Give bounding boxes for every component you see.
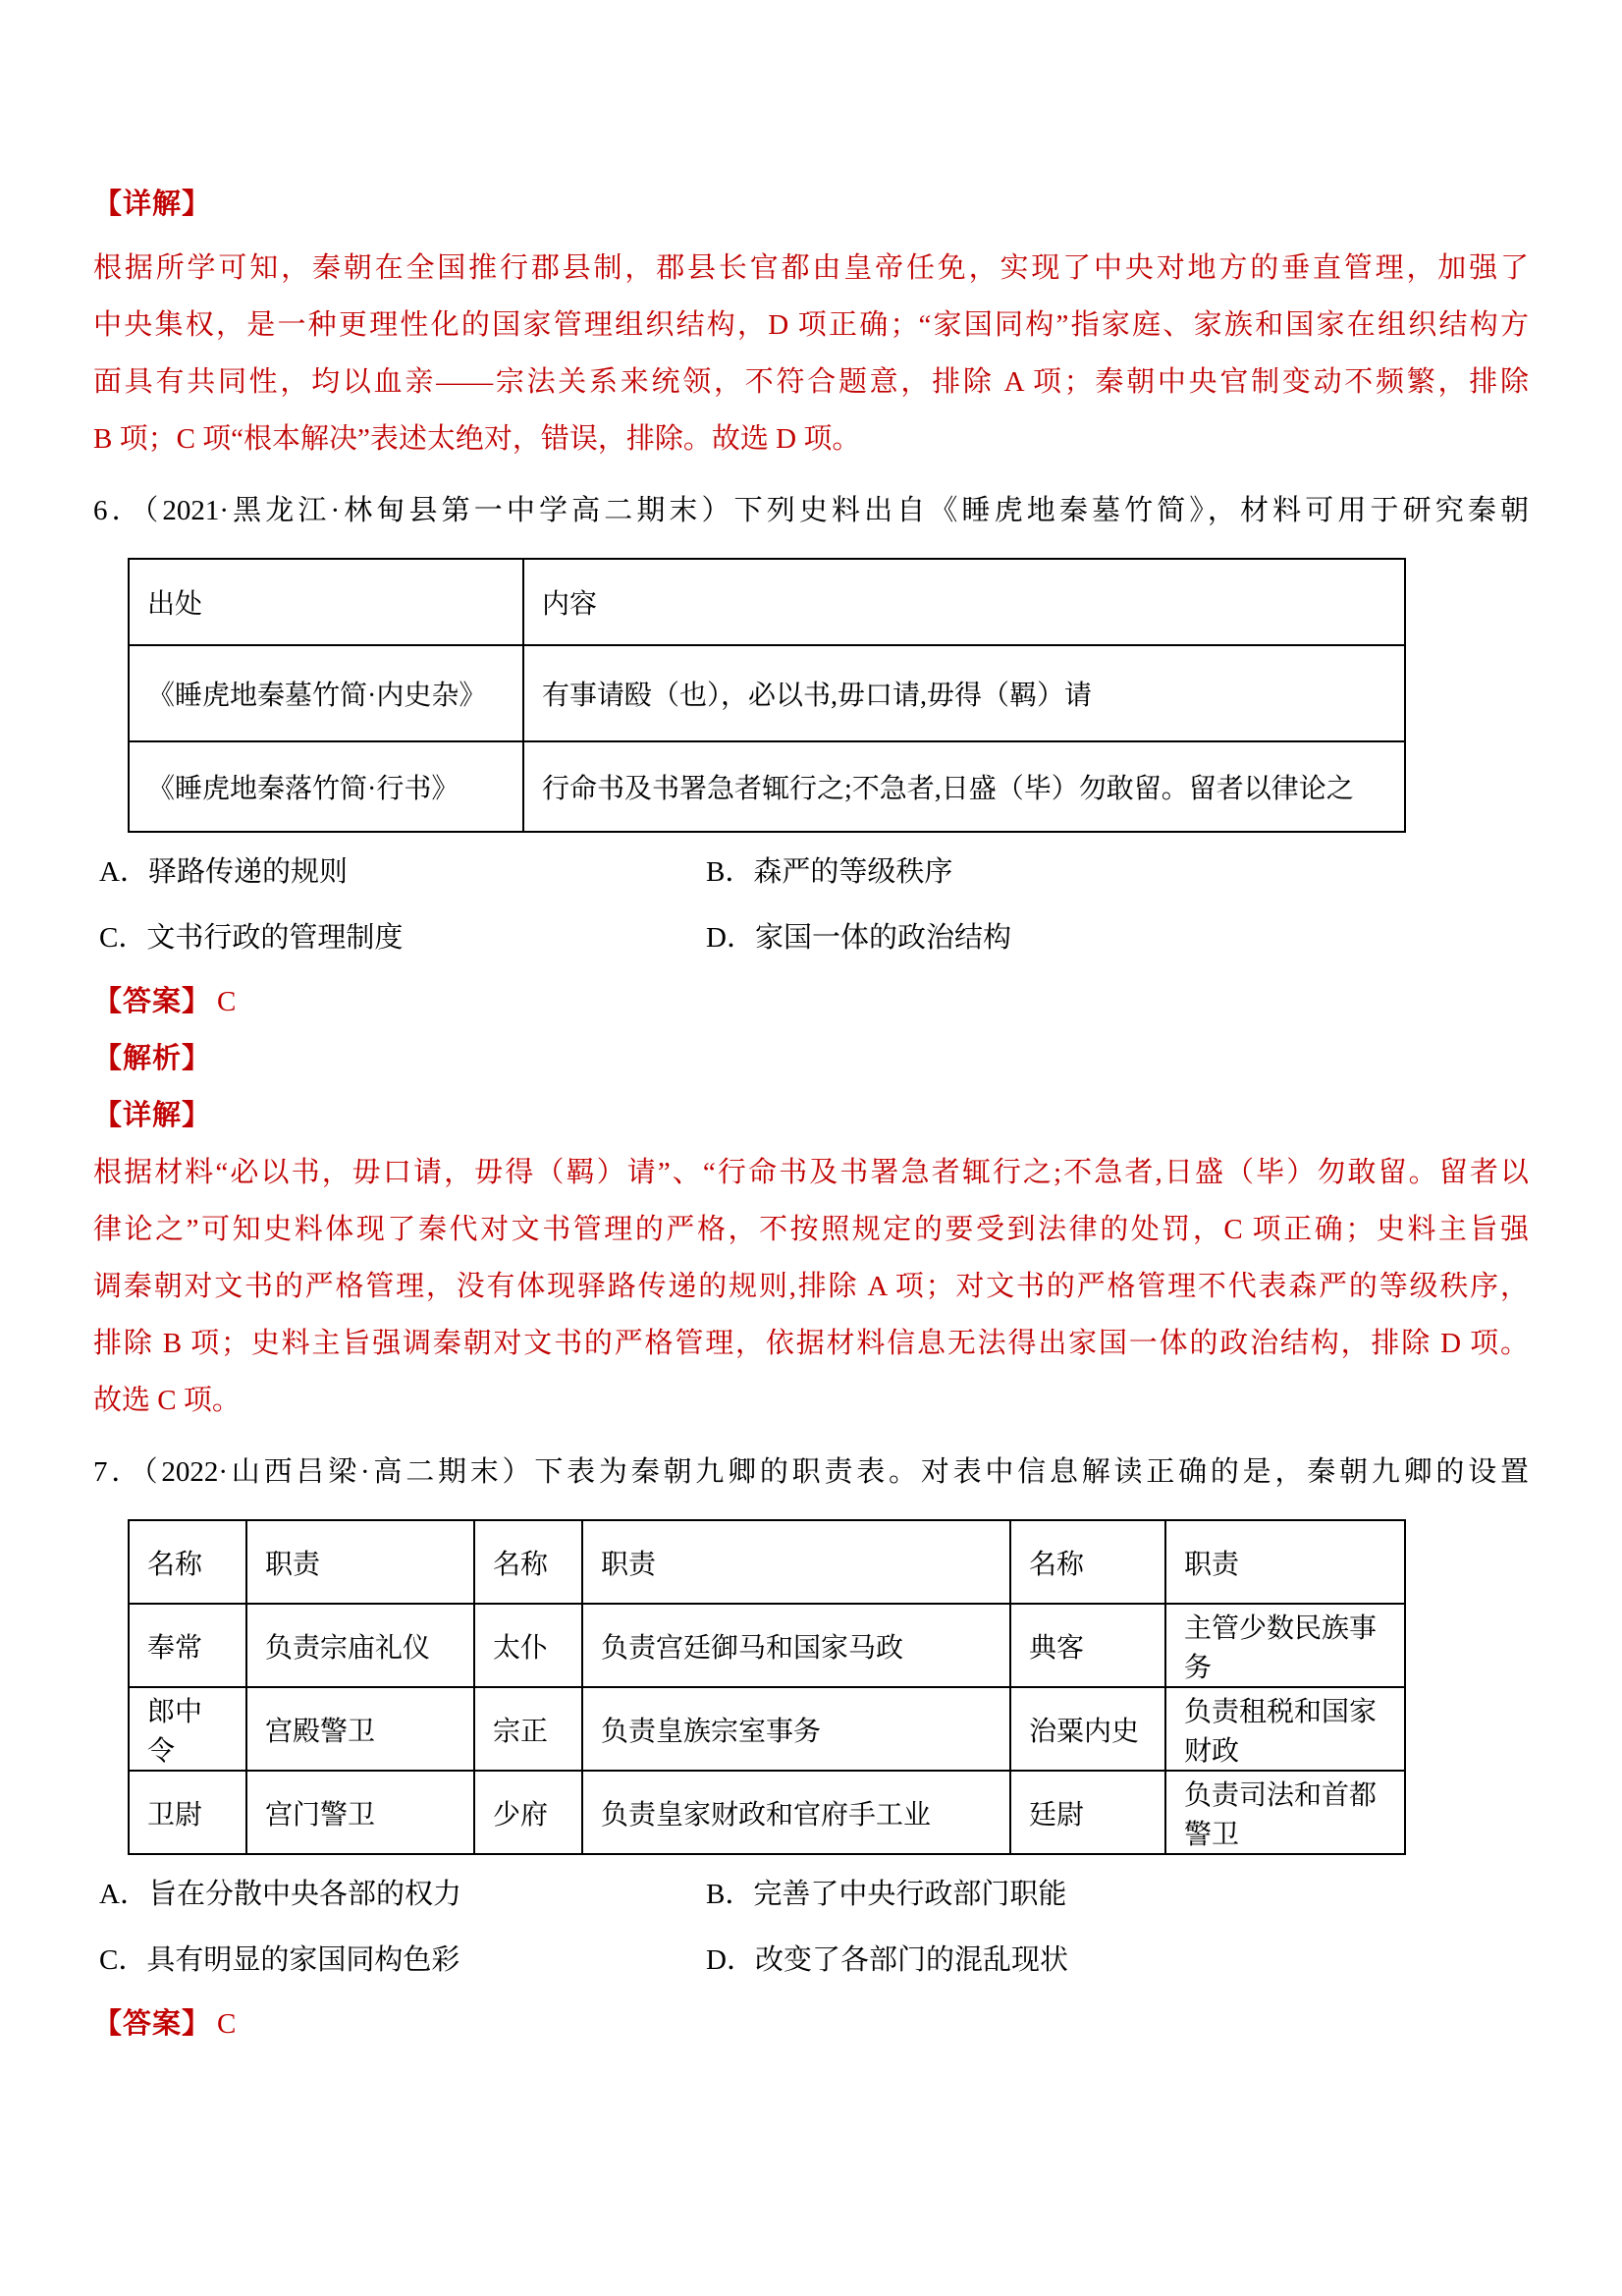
table-row: 《睡虎地秦落竹简·行书》 行命书及书署急者辄行之;不急者,日盛（毕）勿敢留。留者… [129,741,1405,832]
table-cell: 宫门警卫 [246,1771,474,1854]
q5-explanation-paragraph: 根据所学可知，秦朝在全国推行郡县制，郡县长官都由皇帝任免，实现了中央对地方的垂直… [93,240,1529,467]
table-cell: 负责司法和首都警卫 [1165,1771,1405,1854]
table-header-cell: 内容 [523,559,1405,645]
table-cell: 负责宗庙礼仪 [246,1604,474,1687]
option-b: B．完善了中央行政部门职能 [706,1875,1529,1914]
table-cell: 少府 [474,1771,582,1854]
question6-analysis-label: 【解析】 [93,1030,1529,1087]
table-cell: 有事请殹（也），必以书,毋口请,毋得（羁）请 [523,645,1405,741]
table-cell: 行命书及书署急者辄行之;不急者,日盛（毕）勿敢留。留者以律论之 [523,741,1405,832]
table-cell: 治粟内史 [1010,1687,1165,1771]
question6-detail-label: 【详解】 [93,1087,1529,1144]
table-header-cell: 职责 [1165,1520,1405,1604]
question6-stem: 6．（2021·黑龙江·林甸县第一中学高二期末）下列史料出自《睡虎地秦墓竹简》，… [93,489,1529,532]
question7-options: A．旨在分散中央各部的权力 B．完善了中央行政部门职能 C．具有明显的家国同构色… [99,1875,1529,1980]
table-cell: 宗正 [474,1687,582,1771]
table-cell: 卫尉 [129,1771,246,1854]
table-cell: 负责宫廷御马和国家马政 [582,1604,1010,1687]
option-a: A．旨在分散中央各部的权力 [99,1875,706,1914]
option-c: C．具有明显的家国同构色彩 [99,1941,706,1980]
table-cell: 《睡虎地秦墓竹简·内史杂》 [129,645,523,741]
question7-answer-line: 【答案】C [93,1995,1529,2052]
table-cell: 太仆 [474,1604,582,1687]
table-cell: 郎中令 [129,1687,246,1771]
option-c: C．文书行政的管理制度 [99,918,706,957]
answer-value: C [217,986,236,1017]
question6-source-table: 出处 内容 《睡虎地秦墓竹简·内史杂》 有事请殹（也），必以书,毋口请,毋得（羁… [128,558,1406,833]
answer-label: 【答案】 [93,2008,211,2040]
table-cell: 廷尉 [1010,1771,1165,1854]
q5-detail-label: 【详解】 [93,183,1529,226]
table-header-cell: 名称 [1010,1520,1165,1604]
table-row: 《睡虎地秦墓竹简·内史杂》 有事请殹（也），必以书,毋口请,毋得（羁）请 [129,645,1405,741]
table-cell: 《睡虎地秦落竹简·行书》 [129,741,523,832]
question7-stem: 7．（2022·山西吕梁·高二期末）下表为秦朝九卿的职责表。对表中信息解读正确的… [93,1450,1529,1494]
option-b: B．森严的等级秩序 [706,852,1529,892]
q6-explanation-line: 故选 C 项。 [93,1372,1529,1429]
q6-explanation-line: 排除 B 项；史料主旨强调秦朝对文书的严格管理，依据材料信息无法得出家国一体的政… [93,1315,1529,1372]
q5-explanation-line: B 项；C 项“根本解决”表述太绝对，错误，排除。故选 D 项。 [93,410,1529,467]
table-cell: 奉常 [129,1604,246,1687]
table-row: 奉常 负责宗庙礼仪 太仆 负责宫廷御马和国家马政 典客 主管少数民族事务 [129,1604,1405,1687]
q5-explanation-line: 根据所学可知，秦朝在全国推行郡县制，郡县长官都由皇帝任免，实现了中央对地方的垂直… [93,240,1529,297]
table-cell: 主管少数民族事务 [1165,1604,1405,1687]
option-d: D．家国一体的政治结构 [706,918,1529,957]
option-d: D．改变了各部门的混乱现状 [706,1941,1529,1980]
table-header-cell: 名称 [129,1520,246,1604]
table-cell: 负责皇家财政和官府手工业 [582,1771,1010,1854]
table-row: 出处 内容 [129,559,1405,645]
q6-explanation-paragraph: 根据材料“必以书，毋口请，毋得（羁）请”、“行命书及书署急者辄行之;不急者,日盛… [93,1144,1529,1429]
q6-explanation-line: 根据材料“必以书，毋口请，毋得（羁）请”、“行命书及书署急者辄行之;不急者,日盛… [93,1144,1529,1201]
table-row: 名称 职责 名称 职责 名称 职责 [129,1520,1405,1604]
table-header-cell: 职责 [582,1520,1010,1604]
q6-explanation-line: 律论之”可知史料体现了秦代对文书管理的严格，不按照规定的要受到法律的处罚，C 项… [93,1201,1529,1258]
answer-value: C [217,2008,236,2040]
q6-explanation-line: 调秦朝对文书的严格管理，没有体现驿路传递的规则,排除 A 项；对文书的严格管理不… [93,1258,1529,1315]
question7-duties-table: 名称 职责 名称 职责 名称 职责 奉常 负责宗庙礼仪 太仆 负责宫廷御马和国家… [128,1519,1406,1855]
q5-explanation-line: 面具有共同性，均以血亲——宗法关系来统领，不符合题意，排除 A 项；秦朝中央官制… [93,354,1529,410]
table-cell: 典客 [1010,1604,1165,1687]
table-header-cell: 出处 [129,559,523,645]
question6-options: A．驿路传递的规则 B．森严的等级秩序 C．文书行政的管理制度 D．家国一体的政… [99,852,1529,957]
option-a: A．驿路传递的规则 [99,852,706,892]
answer-label: 【答案】 [93,986,211,1017]
table-cell: 负责租税和国家财政 [1165,1687,1405,1771]
table-header-cell: 名称 [474,1520,582,1604]
table-header-cell: 职责 [246,1520,474,1604]
table-cell: 负责皇族宗室事务 [582,1687,1010,1771]
q5-explanation-line: 中央集权，是一种更理性化的国家管理组织结构，D 项正确；“家国同构”指家庭、家族… [93,297,1529,354]
table-row: 卫尉 宫门警卫 少府 负责皇家财政和官府手工业 廷尉 负责司法和首都警卫 [129,1771,1405,1854]
exam-document-page: 【详解】 根据所学可知，秦朝在全国推行郡县制，郡县长官都由皇帝任免，实现了中央对… [0,0,1622,2296]
table-cell: 宫殿警卫 [246,1687,474,1771]
table-row: 郎中令 宫殿警卫 宗正 负责皇族宗室事务 治粟内史 负责租税和国家财政 [129,1687,1405,1771]
question6-answer-line: 【答案】C [93,973,1529,1030]
